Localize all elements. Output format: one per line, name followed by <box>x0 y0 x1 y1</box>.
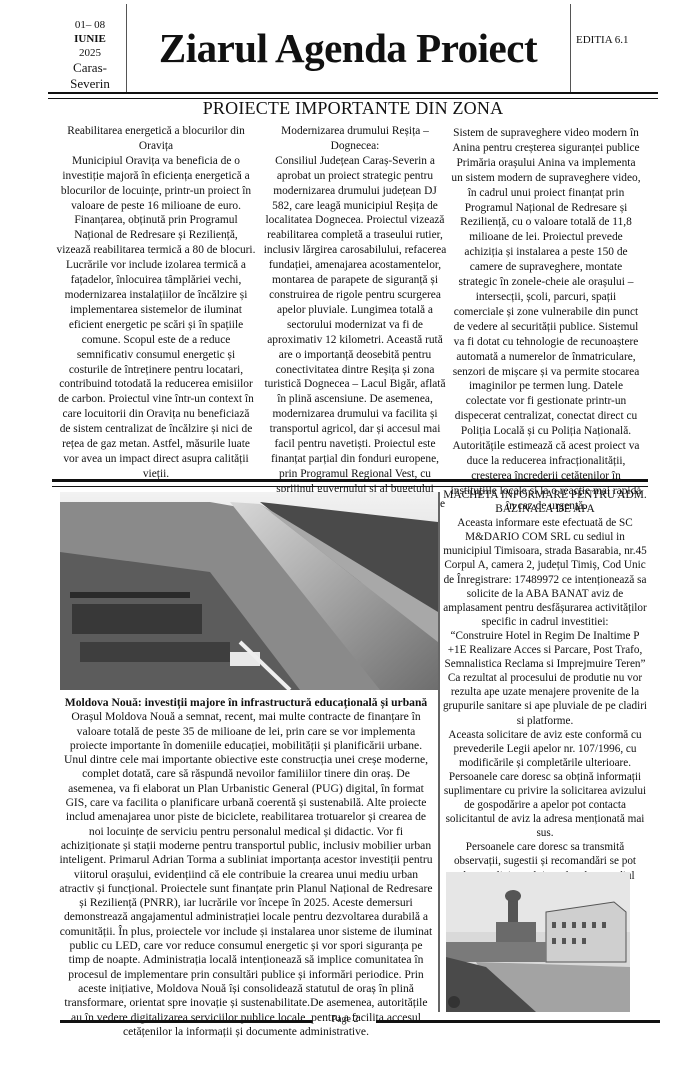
header-divider-right <box>570 4 571 92</box>
historic-canal-city-photo-icon <box>446 872 630 1012</box>
footer-rule-right <box>376 1020 660 1023</box>
article-resita-dognecea: Modernizarea drumului Reșița – Dognecea:… <box>262 124 448 526</box>
article-oravita: Reabilitarea energetică a blocurilor din… <box>56 124 256 482</box>
region-line-2: Severin <box>60 76 120 92</box>
aerial-canal-photo-icon <box>60 492 438 690</box>
article-title: Reabilitarea energetică a blocurilor din… <box>56 124 256 154</box>
article-body: Orașul Moldova Nouă a semnat, recent, ma… <box>58 710 434 1039</box>
notice-paragraph: Aceasta informare este efectuată de SC M… <box>442 516 648 629</box>
issue-date-box: 01– 08 IUNIE 2025 Caras- Severin <box>60 18 120 92</box>
notice-paragraph: Persoanele care doresc sa obțină informa… <box>442 770 648 840</box>
issue-month: IUNIE <box>60 32 120 46</box>
article-title: Sistem de supraveghere video modern în A… <box>450 126 642 156</box>
footer-rule-left <box>60 1020 312 1023</box>
article-body: Consiliul Județean Caraș-Severin a aprob… <box>262 154 448 527</box>
water-authority-notice: MACHETA INFORMARE PENTRU ADM. BAZINALA D… <box>442 488 648 897</box>
section-title: PROIECTE IMPORTANTE DIN ZONA <box>48 98 658 119</box>
notice-paragraph: Ca rezultat al procesului de produtie nu… <box>442 671 648 727</box>
notice-paragraph: Aceasta solicitare de aviz este conformă… <box>442 728 648 770</box>
article-anina: Sistem de supraveghere video modern în A… <box>450 126 642 514</box>
issue-year: 2025 <box>60 46 120 60</box>
masthead-title: Ziarul Agenda Proiect <box>128 18 568 78</box>
notice-photo <box>446 872 630 1012</box>
page-number: Page 2 <box>322 1014 368 1025</box>
notice-paragraph: “Construire Hotel in Regim De Inaltime P… <box>442 629 648 671</box>
article-body: Municipiul Oravița va beneficia de o inv… <box>56 154 256 482</box>
notice-title: MACHETA INFORMARE PENTRU ADM. BAZINALA D… <box>442 488 648 516</box>
region-line-1: Caras- <box>60 60 120 76</box>
sidebar-divider <box>438 492 440 1012</box>
edition-label: EDITIA 6.1 <box>576 34 629 46</box>
article-moldova-noua: Moldova Nouă: investiții majore în infra… <box>58 696 434 1039</box>
article-body: Primăria orașului Anina va implementa un… <box>450 156 642 514</box>
article-headline: Moldova Nouă: investiții majore în infra… <box>58 696 434 710</box>
article-title: Modernizarea drumului Reșița – Dognecea: <box>262 124 448 154</box>
header-divider-left <box>126 4 127 92</box>
mid-rule <box>52 479 648 487</box>
feature-photo <box>60 492 438 690</box>
issue-date-range: 01– 08 <box>60 18 120 32</box>
